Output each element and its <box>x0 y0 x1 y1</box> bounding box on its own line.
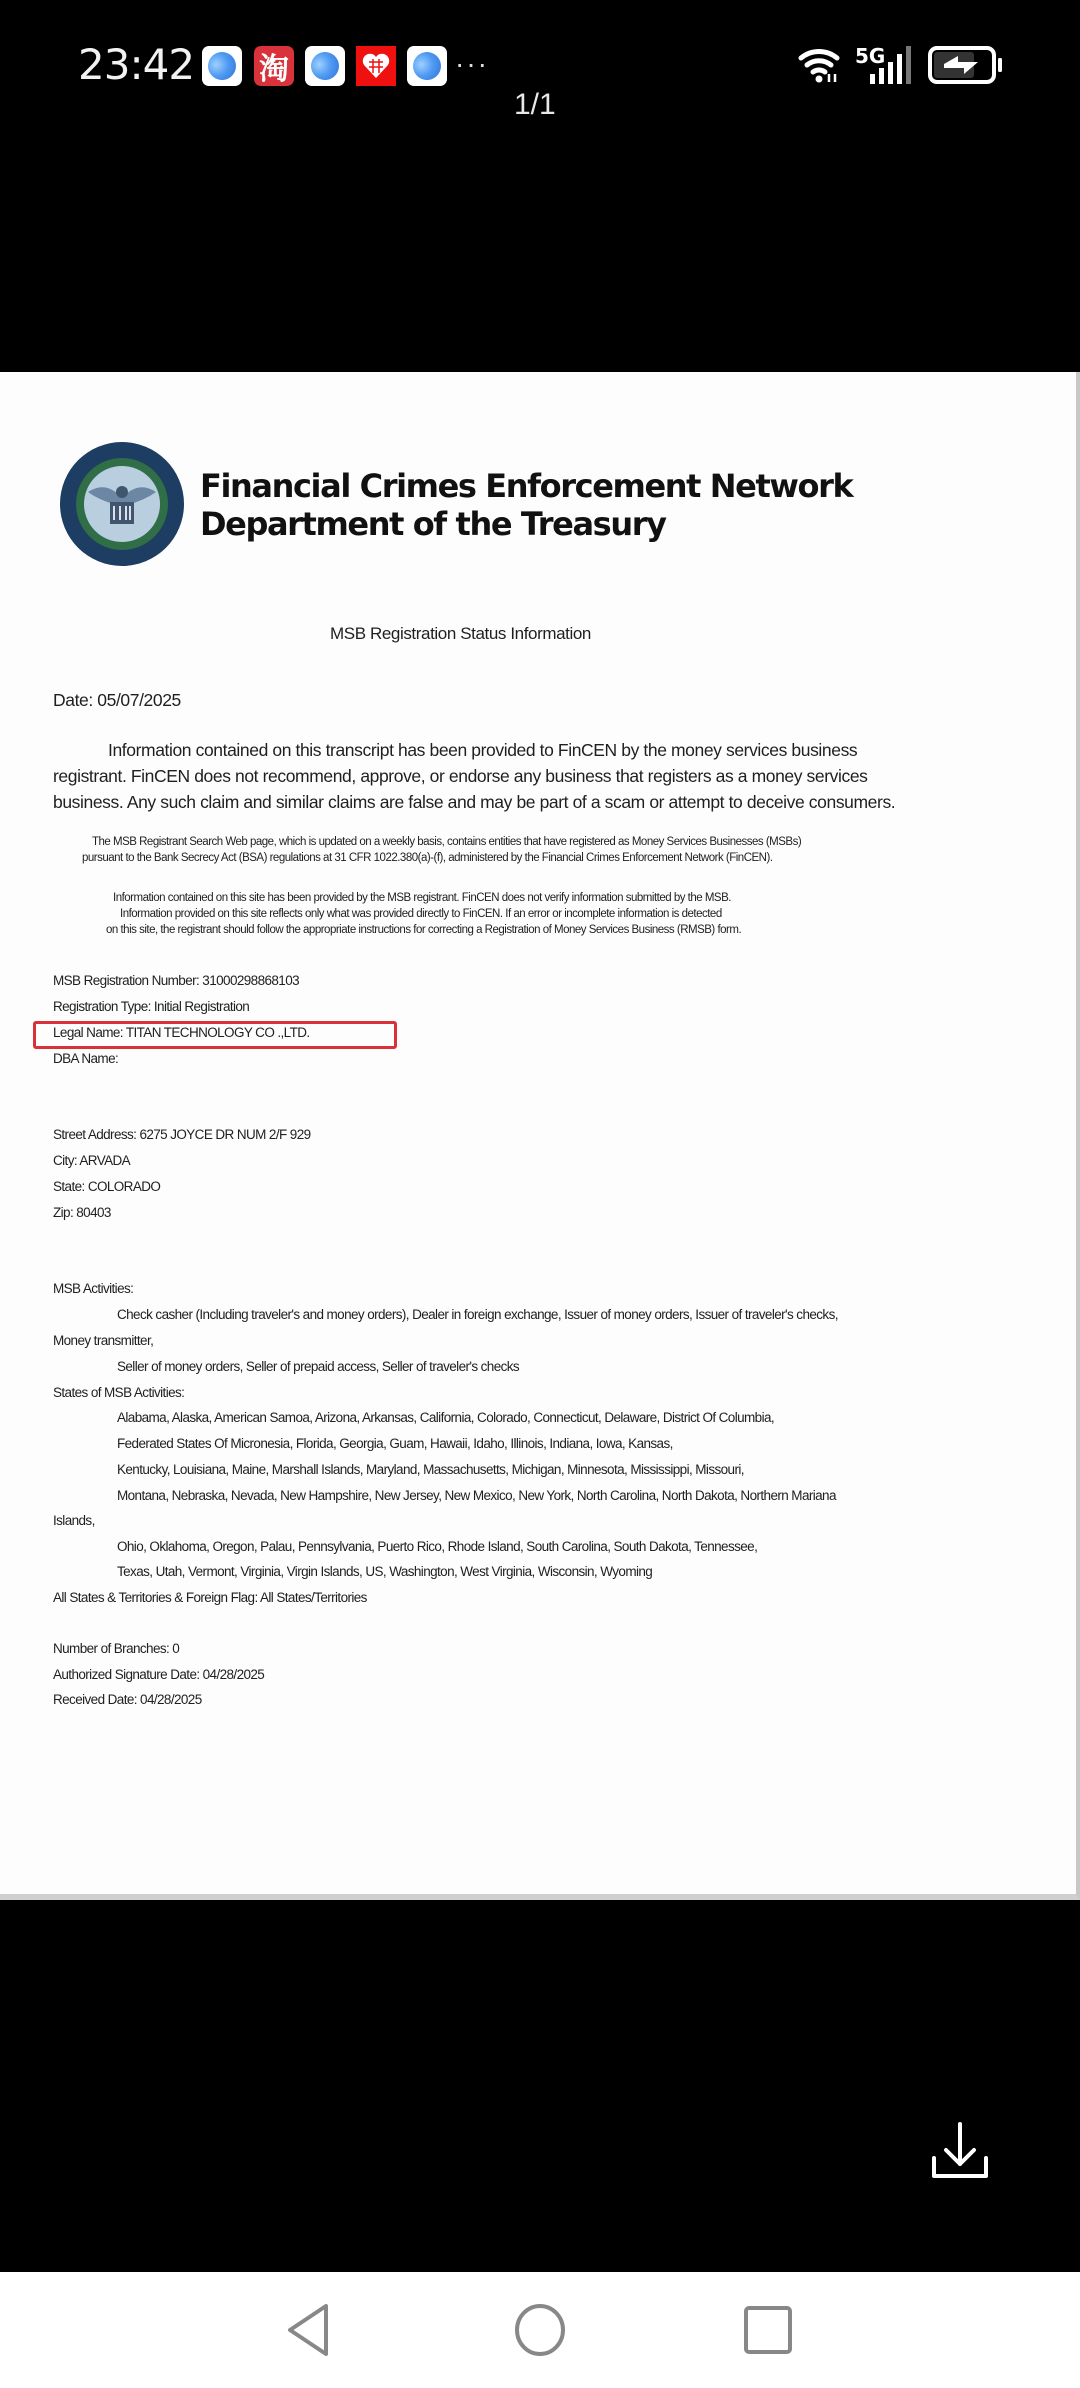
street-address: Street Address: 6275 JOYCE DR NUM 2/F 92… <box>53 1127 311 1142</box>
back-triangle-icon <box>282 2302 334 2358</box>
browser-icon <box>305 46 345 86</box>
notice-line: pursuant to the Bank Secrecy Act (BSA) r… <box>82 852 773 864</box>
browser-icon <box>407 46 447 86</box>
dba-name: DBA Name: <box>53 1051 118 1066</box>
more-notifications-icon: ··· <box>455 48 489 80</box>
download-button[interactable] <box>928 2120 992 2184</box>
nav-home-button[interactable] <box>510 2302 570 2363</box>
registration-number: MSB Registration Number: 31000298868103 <box>53 973 299 988</box>
taobao-icon: 淘 <box>254 46 294 86</box>
page-counter: 1/1 <box>514 88 556 122</box>
nav-back-button[interactable] <box>282 2302 334 2363</box>
legal-name: Legal Name: TITAN TECHNOLOGY CO .,LTD. <box>53 1025 310 1040</box>
zip: Zip: 80403 <box>53 1205 111 1220</box>
authorized-signature-date: Authorized Signature Date: 04/28/2025 <box>53 1667 264 1682</box>
recents-square-icon <box>742 2302 796 2358</box>
wifi-icon <box>797 44 845 89</box>
nav-recents-button[interactable] <box>742 2302 796 2363</box>
disclaimer-line: Information contained on this transcript… <box>108 740 857 761</box>
battery-charging-icon <box>928 46 1004 91</box>
state: State: COLORADO <box>53 1179 160 1194</box>
activity-line: Seller of money orders, Seller of prepai… <box>117 1359 519 1374</box>
signal-icon <box>868 46 916 91</box>
fincen-seal-icon <box>58 440 186 573</box>
date-value: 05/07/2025 <box>97 690 181 710</box>
states-line: Ohio, Oklahoma, Oregon, Palau, Pennsylva… <box>117 1539 757 1554</box>
number-of-branches: Number of Branches: 0 <box>53 1641 179 1656</box>
states-line: Kentucky, Louisiana, Maine, Marshall Isl… <box>117 1462 744 1477</box>
document-title: MSB Registration Status Information <box>330 624 591 644</box>
home-circle-icon <box>510 2302 570 2358</box>
disclaimer-line: registrant. FinCEN does not recommend, a… <box>53 766 868 787</box>
notice-line: Information provided on this site reflec… <box>120 908 722 920</box>
states-label: States of MSB Activities: <box>53 1385 184 1400</box>
notice-line: on this site, the registrant should foll… <box>106 924 741 936</box>
states-line: Montana, Nebraska, Nevada, New Hampshire… <box>117 1488 836 1503</box>
date-label: Date: <box>53 690 93 710</box>
activity-line: Check casher (Including traveler's and m… <box>117 1307 838 1322</box>
disclaimer-line: business. Any such claim and similar cla… <box>53 792 895 813</box>
dept-name: Department of the Treasury <box>200 505 666 543</box>
browser-icon <box>202 46 242 86</box>
all-states-flag: All States & Territories & Foreign Flag:… <box>53 1590 367 1605</box>
heart-app-icon <box>356 46 396 86</box>
notice-line: The MSB Registrant Search Web page, whic… <box>92 836 801 848</box>
navigation-bar <box>0 2272 1080 2388</box>
status-time: 23:42 <box>78 40 194 89</box>
received-date: Received Date: 04/28/2025 <box>53 1692 202 1707</box>
states-line: Alabama, Alaska, American Samoa, Arizona… <box>117 1410 774 1425</box>
states-line: Islands, <box>53 1513 95 1528</box>
city: City: ARVADA <box>53 1153 130 1168</box>
msb-activities-label: MSB Activities: <box>53 1281 133 1296</box>
org-name: Financial Crimes Enforcement Network <box>200 467 852 505</box>
states-line: Federated States Of Micronesia, Florida,… <box>117 1436 673 1451</box>
date-row: Date: 05/07/2025 <box>53 690 181 711</box>
notice-line: Information contained on this site has b… <box>113 892 731 904</box>
document-page[interactable]: Financial Crimes Enforcement Network Dep… <box>0 372 1080 1900</box>
registration-type: Registration Type: Initial Registration <box>53 999 249 1014</box>
activity-line: Money transmitter, <box>53 1333 153 1348</box>
states-line: Texas, Utah, Vermont, Virginia, Virgin I… <box>117 1564 652 1579</box>
download-icon <box>928 2120 992 2184</box>
